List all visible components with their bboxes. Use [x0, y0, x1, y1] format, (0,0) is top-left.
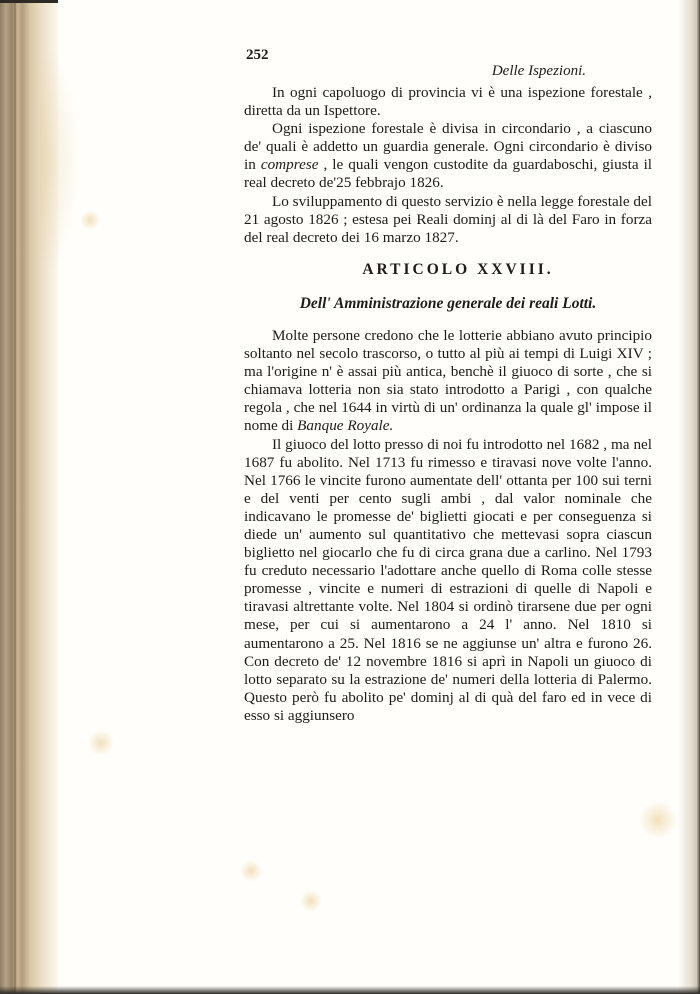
scan-border-bottom — [0, 986, 700, 994]
paragraph-1: In ogni capoluogo di provincia vi è una … — [244, 84, 652, 120]
foxing-spot — [88, 730, 114, 756]
foxing-spot — [80, 210, 100, 230]
foxing-spot — [240, 860, 262, 882]
paragraph-2: Ogni ispezione forestale è divisa in cir… — [244, 120, 652, 192]
paragraph-3: Lo sviluppamento di questo servizio è ne… — [244, 193, 652, 247]
paragraph-2-italic: comprese — [261, 156, 319, 173]
binding-crease — [14, 0, 16, 994]
page-edge-stain — [40, 40, 80, 280]
article-subtitle: Dell' Amministrazione generale dei reali… — [244, 295, 652, 313]
scanned-book-page: 252 Delle Ispezioni. In ogni capoluogo d… — [0, 0, 700, 994]
article-heading: ARTICOLO XXVIII. — [244, 261, 652, 283]
foxing-spot — [640, 800, 676, 840]
running-head: Delle Ispezioni. — [244, 62, 652, 84]
page-right-shadow — [678, 0, 700, 994]
scan-border-top — [0, 0, 58, 3]
paragraph-4: Molte persone credono che le lotterie ab… — [244, 327, 652, 436]
paragraph-5: Il giuoco del lotto presso di noi fu int… — [244, 436, 652, 726]
foxing-spot — [300, 890, 322, 912]
paragraph-4-italic: Banque Royale. — [297, 417, 393, 434]
page-text: 252 Delle Ispezioni. In ogni capoluogo d… — [244, 46, 652, 725]
